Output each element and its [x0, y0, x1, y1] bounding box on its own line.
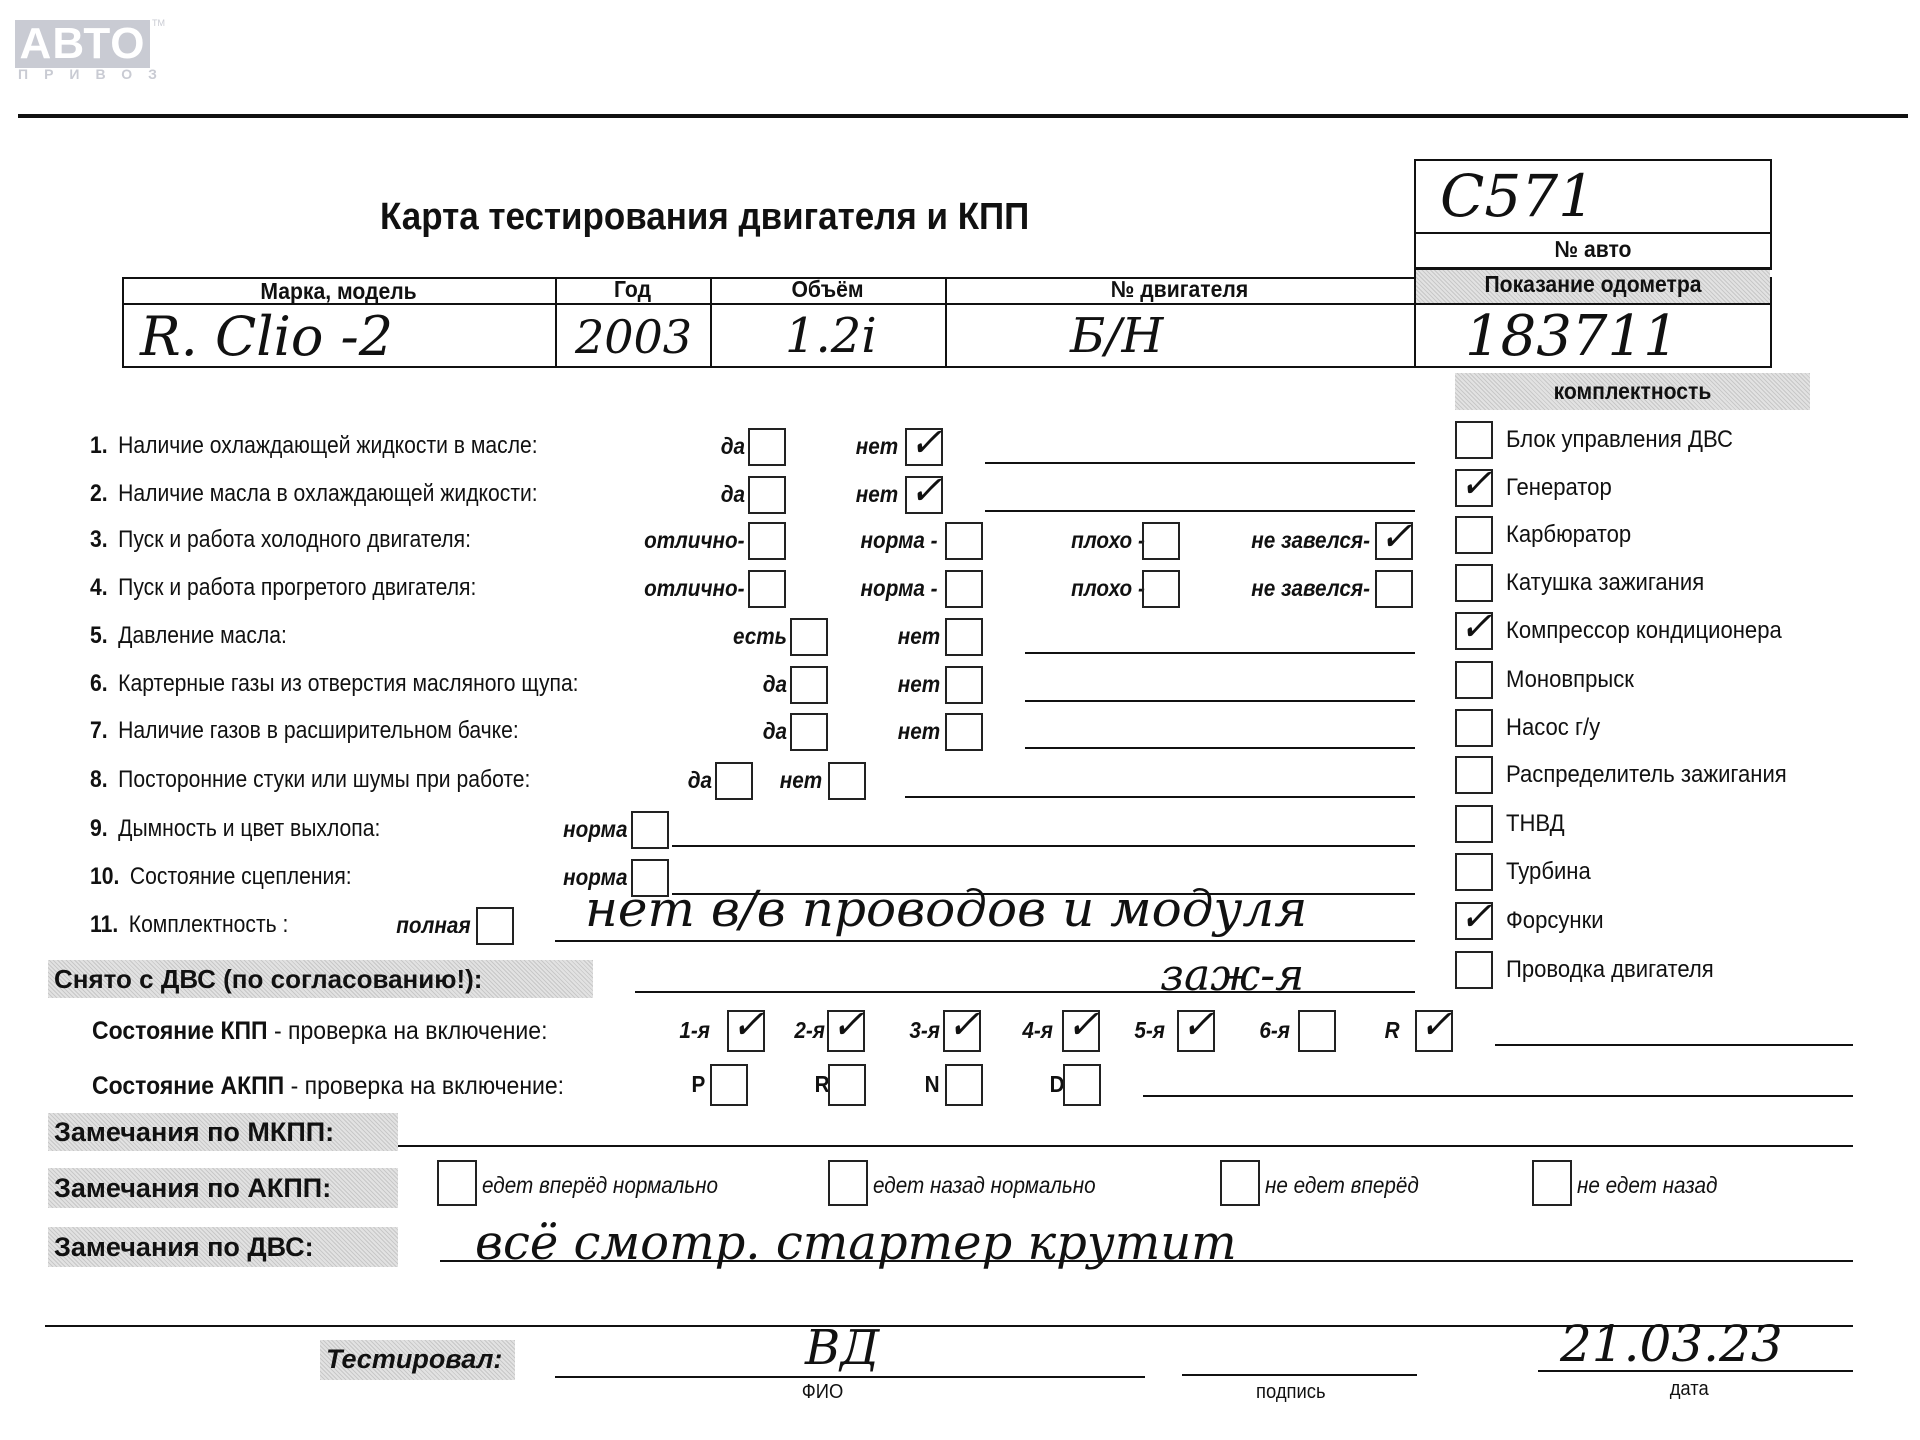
question-label: Наличие газов в расширительном бачке: [118, 717, 519, 744]
checklist-question: 11.Комплектность : [90, 911, 288, 939]
question-label: Состояние сцепления: [130, 863, 352, 890]
checklist-question: 5.Давление масла: [90, 622, 287, 650]
auto-gearbox-label: Состояние АКПП - проверка на включение: [92, 1072, 564, 1101]
kit-checkbox[interactable] [1455, 516, 1493, 554]
mkpp-remarks-label: Замечания по МКПП: [48, 1113, 334, 1151]
question-label: Картерные газы из отверстия масляного щу… [118, 670, 578, 697]
kit-item-label: Форсунки [1506, 907, 1604, 935]
kit-item-label: Моновпрыск [1506, 666, 1634, 694]
checkbox[interactable] [748, 476, 786, 514]
question-number: 6. [90, 670, 108, 697]
auto-gearbox-title: Состояние АКПП [92, 1072, 284, 1100]
answer-line [985, 510, 1415, 512]
kit-checkbox[interactable] [1455, 709, 1493, 747]
akpp-option-checkbox[interactable] [828, 1160, 868, 1206]
gear-checkbox[interactable] [943, 1010, 981, 1052]
tested-label: Тестировал: [320, 1340, 502, 1378]
gear-label: 1-я [679, 1017, 710, 1044]
fio-line [555, 1376, 1145, 1378]
brand-logo: АВТО [15, 20, 150, 68]
answer-line [1025, 700, 1415, 702]
volume-value[interactable]: 1.2i [785, 308, 877, 364]
question-label: Посторонние стуки или шумы при работе: [118, 766, 530, 793]
option-label: нет [780, 767, 822, 794]
question-label: Комплектность : [129, 911, 289, 938]
checkbox[interactable] [790, 666, 828, 704]
kit-item-label: Карбюратор [1506, 521, 1631, 549]
header-odometer: Показание одометра [1428, 271, 1757, 298]
checkbox[interactable] [905, 428, 943, 466]
kit-checkbox[interactable] [1455, 612, 1493, 650]
auto-position-label: P [691, 1071, 705, 1098]
date-value[interactable]: 21.03.23 [1560, 1315, 1783, 1373]
kit-checkbox[interactable] [1455, 853, 1493, 891]
kit-item-label: Блок управления ДВС [1506, 426, 1733, 454]
question-label: Пуск и работа прогретого двигателя: [118, 574, 476, 601]
checklist-question: 8.Посторонние стуки или шумы при работе: [90, 766, 530, 794]
checkbox[interactable] [1375, 522, 1413, 560]
akpp-option-checkbox[interactable] [437, 1160, 477, 1206]
divider [1414, 268, 1772, 270]
option-label: нет [856, 433, 898, 460]
kit-item-label: Проводка двигателя [1506, 956, 1714, 984]
checklist-question: 6.Картерные газы из отверстия масляного … [90, 670, 579, 698]
auto-gearbox-line [1143, 1095, 1853, 1097]
option-label: норма [563, 864, 627, 891]
question-label: Наличие масла в охлаждающей жидкости: [118, 480, 537, 507]
option-label: норма - [861, 575, 938, 602]
kit-checkbox[interactable] [1455, 564, 1493, 602]
gear-label: 6-я [1259, 1017, 1290, 1044]
kit-item-label: ТНВД [1506, 810, 1565, 838]
signature-line [1182, 1374, 1417, 1376]
answer-line [672, 845, 1415, 847]
question-label: Дымность и цвет выхлопа: [118, 815, 380, 842]
answer-line [672, 893, 1415, 895]
question-number: 4. [90, 574, 108, 601]
question-label: Наличие охлаждающей жидкости в масле: [118, 432, 537, 459]
checkbox[interactable] [631, 859, 669, 897]
checkbox[interactable] [631, 811, 669, 849]
manual-gearbox-line [1495, 1044, 1853, 1046]
gear-checkbox[interactable] [827, 1010, 865, 1052]
car-number-label: № авто [1428, 236, 1757, 263]
engine-number-value[interactable]: Б/Н [1070, 308, 1163, 364]
gear-checkbox[interactable] [1415, 1010, 1453, 1052]
option-label: отлично- [645, 527, 745, 554]
checkbox[interactable] [715, 762, 753, 800]
checklist-question: 1.Наличие охлаждающей жидкости в масле: [90, 432, 538, 460]
kit-checkbox[interactable] [1455, 469, 1493, 507]
checkbox[interactable] [945, 713, 983, 751]
akpp-option-checkbox[interactable] [1532, 1160, 1572, 1206]
checkbox[interactable] [1142, 522, 1180, 560]
question-number: 1. [90, 432, 108, 459]
checkbox[interactable] [748, 570, 786, 608]
checkbox[interactable] [1375, 570, 1413, 608]
kit-item-label: Турбина [1506, 858, 1591, 886]
option-label: норма [563, 816, 627, 843]
kit-checkbox[interactable] [1455, 421, 1493, 459]
question-label: Пуск и работа холодного двигателя: [118, 526, 471, 553]
option-label: да [763, 671, 787, 698]
checkbox[interactable] [476, 907, 514, 945]
answer-line [905, 796, 1415, 798]
col-divider [945, 277, 947, 368]
option-label: норма - [861, 527, 938, 554]
checkbox[interactable] [790, 713, 828, 751]
option-label: да [763, 718, 787, 745]
odometer-value[interactable]: 183711 [1465, 304, 1679, 369]
question-label: Давление масла: [118, 622, 287, 649]
option-label: да [721, 481, 745, 508]
checkbox[interactable] [945, 666, 983, 704]
auto-position-checkbox[interactable] [710, 1064, 748, 1106]
header-volume: Объём [719, 276, 935, 303]
kit-item-label: Компрессор кондиционера [1506, 617, 1782, 645]
checklist-question: 7.Наличие газов в расширительном бачке: [90, 717, 519, 745]
question-number: 8. [90, 766, 108, 793]
auto-position-checkbox[interactable] [828, 1064, 866, 1106]
dvs-remarks-label: Замечания по ДВС: [48, 1228, 314, 1266]
header-engine-number: № двигателя [964, 276, 1395, 303]
question-number: 7. [90, 717, 108, 744]
auto-position-label: N [925, 1071, 940, 1098]
akpp-option-checkbox[interactable] [1220, 1160, 1260, 1206]
header-make-model: Марка, модель [139, 278, 537, 305]
checkbox[interactable] [945, 522, 983, 560]
akpp-remarks-label: Замечания по АКПП: [48, 1169, 331, 1207]
removed-label: Снято с ДВС (по согласованию!): [48, 960, 482, 998]
option-label: не завелся- [1251, 527, 1370, 554]
answer-line [985, 462, 1415, 464]
question-number: 9. [90, 815, 108, 842]
option-label: нет [898, 623, 940, 650]
brand-logo-subtitle: ПРИВОЗ [18, 66, 173, 82]
checklist-question: 4.Пуск и работа прогретого двигателя: [90, 574, 476, 602]
akpp-option-label: не едет вперёд [1265, 1172, 1419, 1199]
gear-label: 2-я [794, 1017, 825, 1044]
option-label: да [721, 433, 745, 460]
kit-checkbox[interactable] [1455, 756, 1493, 794]
question-number: 10. [90, 863, 119, 890]
gear-checkbox[interactable] [1298, 1010, 1336, 1052]
option-label: нет [898, 671, 940, 698]
auto-gearbox-subtitle: - проверка на включение: [284, 1072, 564, 1100]
option-label: нет [898, 718, 940, 745]
dvs-remarks-value[interactable]: всё смотр. стартер крутит [475, 1215, 1237, 1271]
kit-checkbox[interactable] [1455, 661, 1493, 699]
option-label: плохо - [1071, 527, 1145, 554]
akpp-option-label: едет вперёд нормально [482, 1172, 718, 1199]
option-label: отлично- [645, 575, 745, 602]
answer-line [1025, 652, 1415, 654]
akpp-option-label: не едет назад [1577, 1172, 1717, 1199]
fio-value[interactable]: ВД [805, 1320, 879, 1376]
checkbox[interactable] [945, 570, 983, 608]
col-divider [710, 277, 712, 368]
checkbox[interactable] [1142, 570, 1180, 608]
divider [1414, 232, 1772, 234]
option-label: есть [733, 623, 787, 650]
completeness-note[interactable]: нет в/в проводов и модуля [585, 880, 1307, 938]
checkbox[interactable] [828, 762, 866, 800]
mkpp-remarks-line [398, 1145, 1853, 1147]
header-year: Год [561, 276, 704, 303]
manual-gearbox-label: Состояние КПП - проверка на включение: [92, 1017, 547, 1046]
col-divider [1414, 159, 1416, 368]
checkbox[interactable] [945, 618, 983, 656]
kit-title: комплектность [1469, 378, 1796, 405]
option-label: нет [856, 481, 898, 508]
signature-caption: подпись [1256, 1381, 1326, 1404]
auto-position-checkbox[interactable] [1063, 1064, 1101, 1106]
fio-caption: ФИО [802, 1381, 844, 1404]
option-label: плохо - [1071, 575, 1145, 602]
gear-checkbox[interactable] [727, 1010, 765, 1052]
question-number: 3. [90, 526, 108, 553]
completeness-note-line [555, 940, 1415, 942]
checkbox[interactable] [748, 428, 786, 466]
date-caption: дата [1670, 1378, 1709, 1401]
kit-checkbox[interactable] [1455, 805, 1493, 843]
checklist-question: 10.Состояние сцепления: [90, 863, 352, 891]
checkbox[interactable] [748, 522, 786, 560]
question-number: 11. [90, 911, 118, 938]
kit-item-label: Генератор [1506, 474, 1612, 502]
top-divider [18, 114, 1908, 118]
completeness-note-2[interactable]: заж-я [1160, 950, 1304, 1001]
kit-item-label: Катушка зажигания [1506, 569, 1704, 597]
gear-label: R [1385, 1017, 1400, 1044]
manual-gearbox-subtitle: - проверка на включение: [268, 1017, 548, 1045]
gear-checkbox[interactable] [1062, 1010, 1100, 1052]
checklist-question: 3.Пуск и работа холодного двигателя: [90, 526, 471, 554]
option-label: полная [397, 912, 471, 939]
kit-checkbox[interactable] [1455, 902, 1493, 940]
option-label: не завелся- [1251, 575, 1370, 602]
year-value[interactable]: 2003 [575, 310, 692, 364]
question-number: 5. [90, 622, 108, 649]
checklist-question: 2.Наличие масла в охлаждающей жидкости: [90, 480, 538, 508]
option-label: да [688, 767, 712, 794]
gear-label: 5-я [1134, 1017, 1165, 1044]
checkbox[interactable] [905, 476, 943, 514]
col-divider [555, 277, 557, 368]
checkbox[interactable] [790, 618, 828, 656]
gear-label: 3-я [909, 1017, 940, 1044]
answer-line [1025, 747, 1415, 749]
kit-item-label: Насос г/у [1506, 714, 1600, 742]
page-title: Карта тестирования двигателя и КПП [380, 196, 1029, 239]
checklist-question: 9.Дымность и цвет выхлопа: [90, 815, 380, 843]
kit-item-label: Распределитель зажигания [1506, 761, 1787, 789]
manual-gearbox-title: Состояние КПП [92, 1017, 268, 1045]
gear-checkbox[interactable] [1177, 1010, 1215, 1052]
akpp-option-label: едет назад нормально [873, 1172, 1096, 1199]
trademark-mark: TM [152, 18, 165, 28]
auto-position-checkbox[interactable] [945, 1064, 983, 1106]
car-number-value[interactable]: C571 [1440, 162, 1595, 230]
question-number: 2. [90, 480, 108, 507]
kit-checkbox[interactable] [1455, 951, 1493, 989]
make-model-value[interactable]: R. Clio -2 [140, 305, 393, 368]
gear-label: 4-я [1022, 1017, 1053, 1044]
